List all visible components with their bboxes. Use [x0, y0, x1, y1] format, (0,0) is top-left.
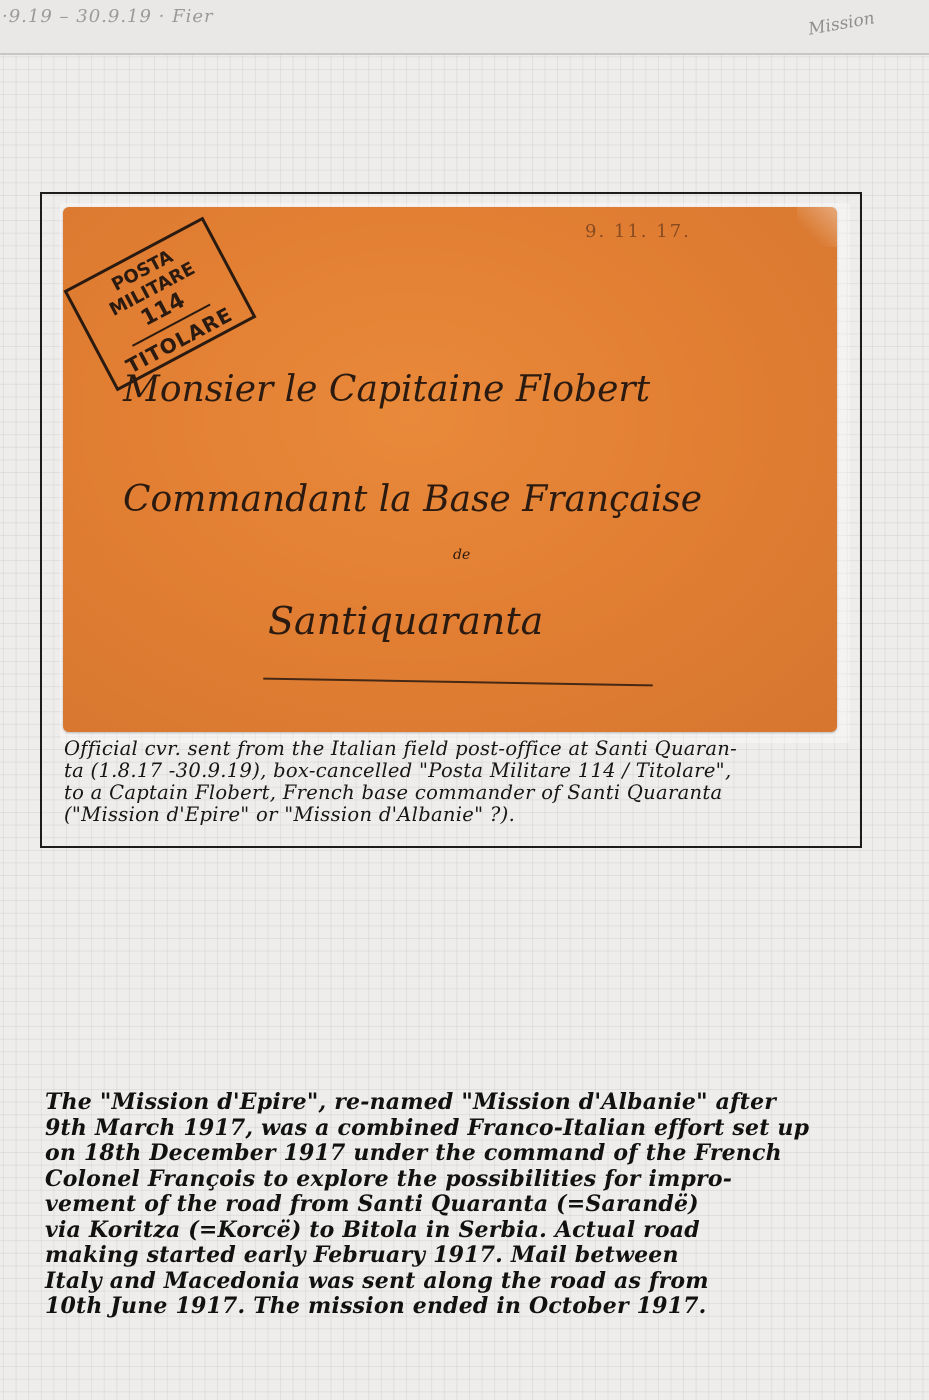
essay-line: 9th March 1917, was a combined Franco-It…	[45, 1116, 885, 1142]
address-line: de	[453, 547, 470, 563]
mount-corner	[797, 207, 837, 247]
postal-cover: POSTA MILITARE 114 TITOLARE 9. 11. 17. M…	[63, 207, 837, 732]
address-line: Commandant la Base Française	[123, 479, 702, 520]
cover-caption: Official cvr. sent from the Italian fiel…	[64, 738, 854, 826]
address-underline	[263, 678, 653, 687]
caption-line: Official cvr. sent from the Italian fiel…	[64, 738, 854, 760]
essay-line: 10th June 1917. The mission ended in Oct…	[45, 1294, 885, 1320]
top-divider	[0, 53, 929, 55]
essay-line: Colonel François to explore the possibil…	[45, 1167, 885, 1193]
box-cancel-stamp: POSTA MILITARE 114 TITOLARE	[63, 217, 256, 392]
address-line: Santiquaranta	[268, 599, 543, 643]
caption-line: ta (1.8.17 -30.9.19), box-cancelled "Pos…	[64, 760, 854, 782]
address-line: Monsier le Capitaine Flobert	[123, 369, 650, 410]
caption-line: to a Captain Flobert, French base comman…	[64, 782, 854, 804]
essay-line: vement of the road from Santi Quaranta (…	[45, 1192, 885, 1218]
essay-line: The "Mission d'Epire", re-named "Mission…	[45, 1090, 885, 1116]
essay-line: Italy and Macedonia was sent along the r…	[45, 1269, 885, 1295]
pencil-date: 9. 11. 17.	[585, 221, 691, 242]
caption-line: ("Mission d'Epire" or "Mission d'Albanie…	[64, 804, 854, 826]
history-note: The "Mission d'Epire", re-named "Mission…	[45, 1090, 885, 1320]
essay-line: making started early February 1917. Mail…	[45, 1243, 885, 1269]
essay-line: via Koritza (=Korcë) to Bitola in Serbia…	[45, 1218, 885, 1244]
top-pencil-note: ·9.19 – 30.9.19 · Fier	[2, 6, 214, 27]
essay-line: on 18th December 1917 under the command …	[45, 1141, 885, 1167]
